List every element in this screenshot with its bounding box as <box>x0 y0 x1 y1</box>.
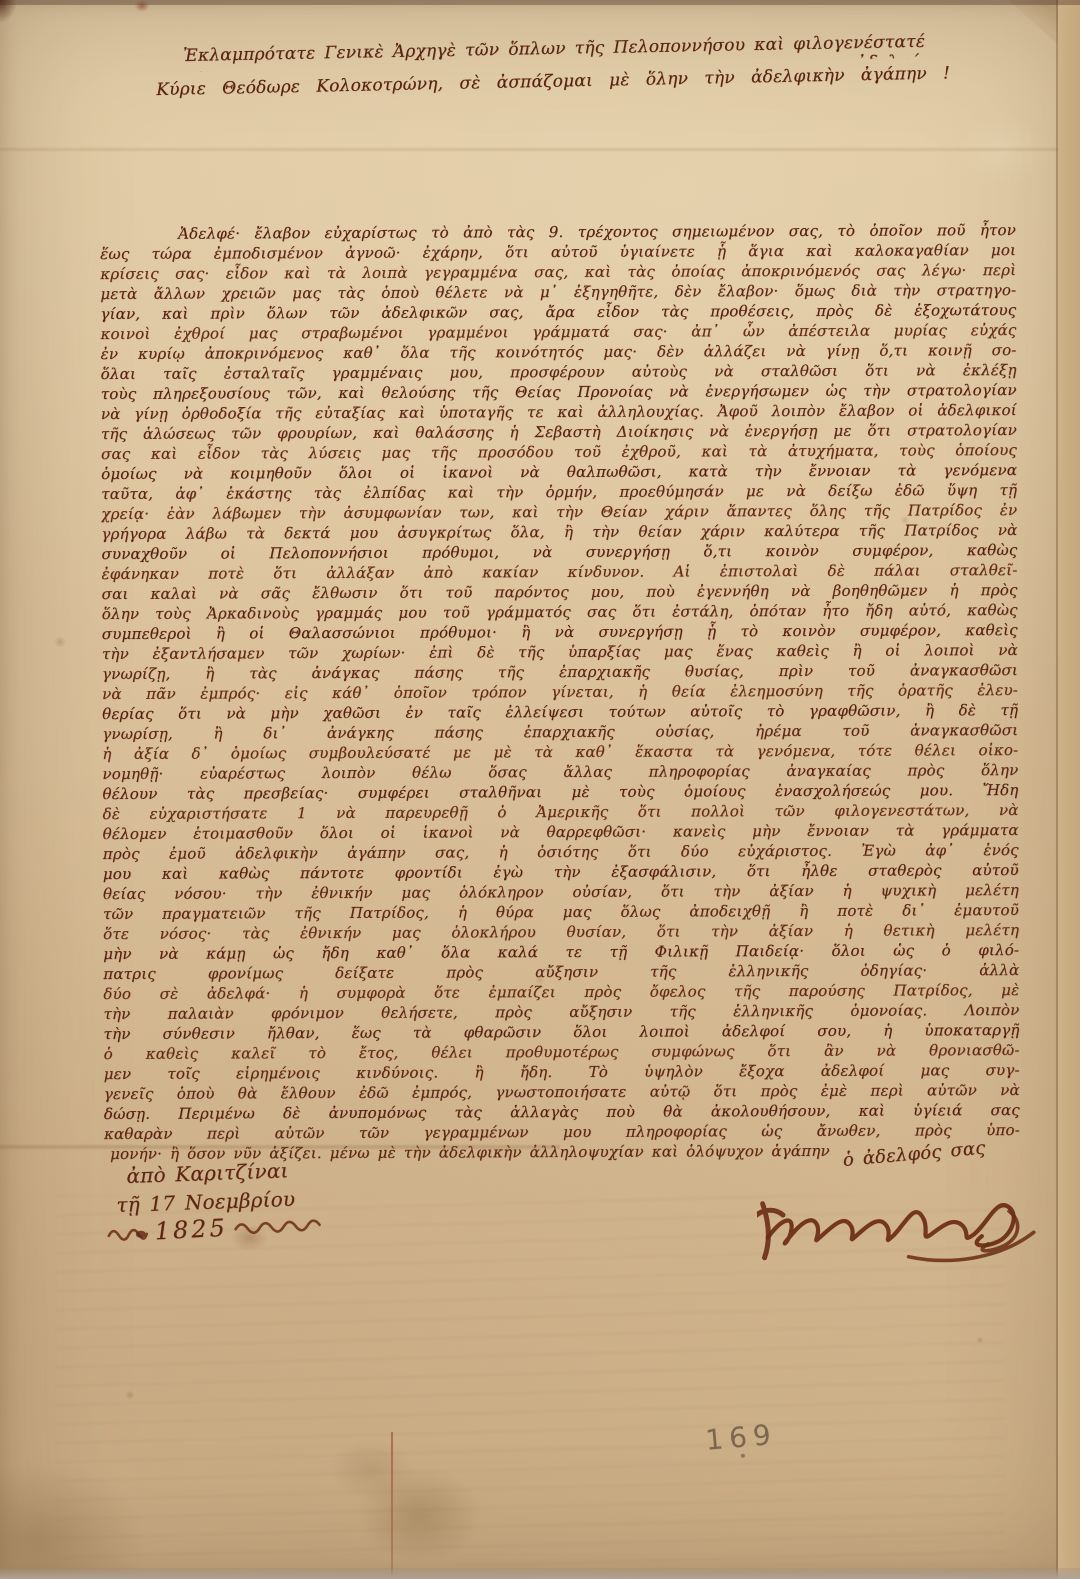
manuscript-line: καθαρὰν περὶ αὐτῶν τῶν γεγραμμένων μου π… <box>104 1120 1020 1144</box>
underlying-sheet-edge <box>1056 0 1080 1579</box>
photo-edge-top <box>0 0 1080 5</box>
photo-edge-bottom <box>0 1568 1080 1579</box>
paper-crease <box>0 1144 560 1150</box>
letter-body: Ἀδελφέ· ἔλαβον εὐχαρίστως τὸ ἀπὸ τὰς 9. … <box>100 220 1020 1164</box>
verso-showthrough <box>55 1195 1005 1565</box>
manuscript-photograph: Ἐκλαμπρότατε Γενικὲ Ἀρχηγὲ τῶν ὅπλων τῆς… <box>0 0 1080 1579</box>
letter-page: Ἐκλαμπρότατε Γενικὲ Ἀρχηγὲ τῶν ὅπλων τῆς… <box>0 0 1080 1579</box>
paper-crease <box>391 1432 393 1579</box>
paper-crease <box>0 147 1080 152</box>
dateline-place: ἀπὸ Καριτζίναι <box>126 1158 289 1188</box>
